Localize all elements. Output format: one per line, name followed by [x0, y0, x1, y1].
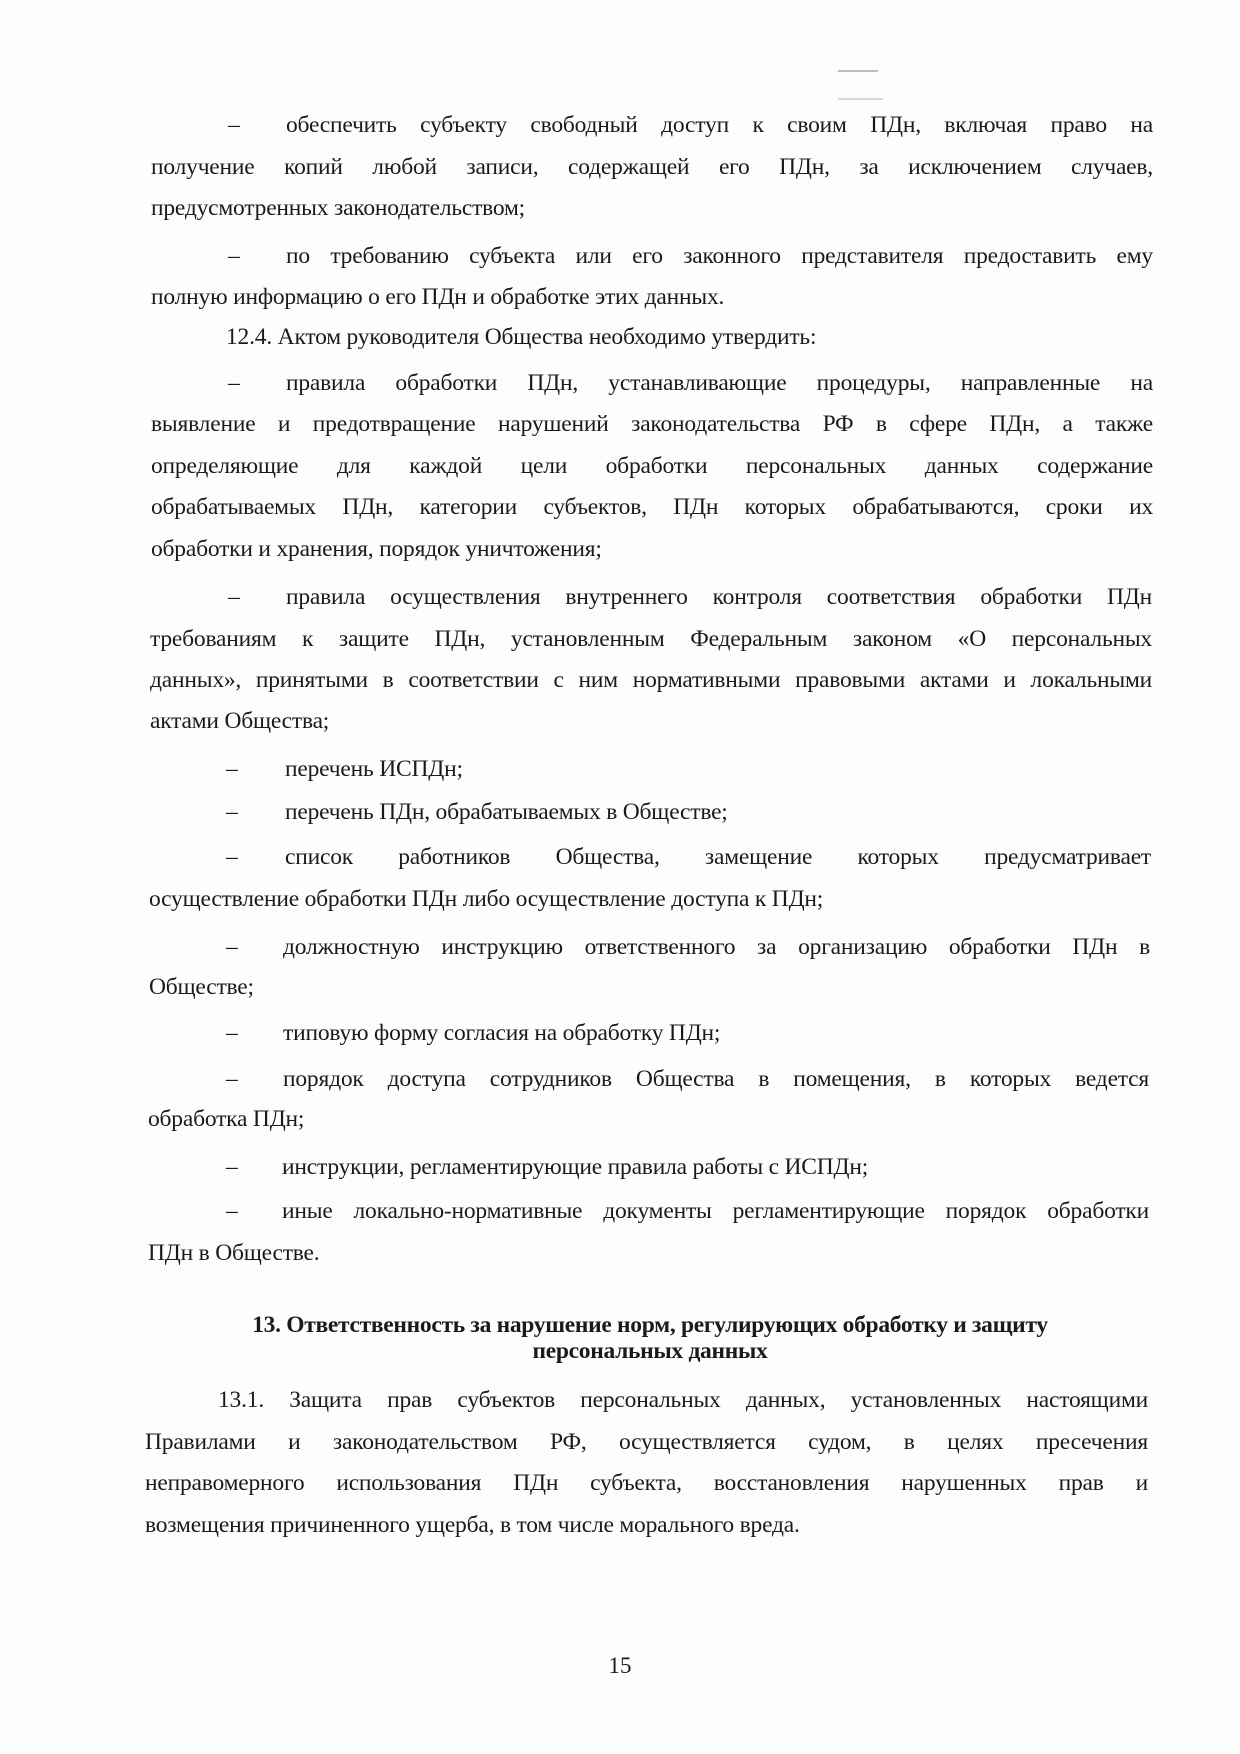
- bullet-dash: –: [228, 241, 240, 271]
- text-line: Обществе;: [149, 972, 254, 1002]
- scan-artifact: [838, 70, 878, 72]
- paragraph-13-1-line: неправомерного использования ПДн субъект…: [145, 1468, 1148, 1498]
- bullet-dash: –: [226, 1064, 238, 1094]
- text-line: обработка ПДн;: [148, 1104, 304, 1134]
- text-line: иные локально-нормативные документы регл…: [282, 1196, 1149, 1226]
- page-number: 15: [0, 1653, 1240, 1679]
- text-line: обеспечить субъекту свободный доступ к с…: [286, 110, 1153, 140]
- section-13-heading: 13. Ответственность за нарушение норм, р…: [150, 1312, 1150, 1338]
- section-13-heading-cont: персональных данных: [150, 1338, 1150, 1364]
- scan-artifact: [838, 98, 883, 100]
- text-line: список работников Общества, замещение ко…: [285, 842, 1151, 872]
- bullet-dash: –: [226, 1152, 238, 1182]
- text-line: предусмотренных законодательством;: [151, 193, 525, 223]
- text-line: порядок доступа сотрудников Общества в п…: [283, 1064, 1149, 1094]
- paragraph-13-1-line: возмещения причиненного ущерба, в том чи…: [145, 1510, 800, 1540]
- bullet-dash: –: [226, 842, 238, 872]
- text-line: получение копий любой записи, содержащей…: [151, 152, 1153, 182]
- text-line: должностную инструкцию ответственного за…: [283, 932, 1150, 962]
- text-line: инструкции, регламентирующие правила раб…: [282, 1152, 868, 1182]
- text-line: типовую форму согласия на обработку ПДн;: [283, 1018, 720, 1048]
- bullet-dash: –: [228, 582, 240, 612]
- bullet-dash: –: [228, 110, 240, 140]
- bullet-dash: –: [226, 797, 238, 827]
- text-line: перечень ПДн, обрабатываемых в Обществе;: [285, 797, 728, 827]
- bullet-dash: –: [228, 368, 240, 398]
- paragraph-13-1-line: Правилами и законодательством РФ, осущес…: [145, 1427, 1148, 1457]
- document-page: – обеспечить субъекту свободный доступ к…: [0, 0, 1240, 1754]
- text-line: осуществление обработки ПДн либо осущест…: [149, 884, 823, 914]
- bullet-dash: –: [226, 932, 238, 962]
- bullet-dash: –: [226, 1018, 238, 1048]
- bullet-dash: –: [226, 1196, 238, 1226]
- text-line: выявление и предотвращение нарушений зак…: [151, 409, 1153, 439]
- text-line: полную информацию о его ПДн и обработке …: [151, 282, 724, 312]
- text-line: определяющие для каждой цели обработки п…: [151, 451, 1153, 481]
- text-line: ПДн в Обществе.: [148, 1238, 319, 1268]
- paragraph-13-1-line: 13.1. Защита прав субъектов персональных…: [218, 1385, 1148, 1415]
- text-line: правила обработки ПДн, устанавливающие п…: [286, 368, 1153, 398]
- text-line: перечень ИСПДн;: [285, 754, 463, 784]
- text-line: обработки и хранения, порядок уничтожени…: [151, 534, 602, 564]
- text-line: обрабатываемых ПДн, категории субъектов,…: [151, 492, 1153, 522]
- text-line: требованиям к защите ПДн, установленным …: [150, 624, 1152, 654]
- text-line: правила осуществления внутреннего контро…: [286, 582, 1152, 612]
- text-line: данных», принятыми в соответствии с ним …: [150, 665, 1152, 695]
- text-line: по требованию субъекта или его законного…: [286, 241, 1153, 271]
- paragraph-12-4: 12.4. Актом руководителя Общества необхо…: [226, 322, 816, 352]
- text-line: актами Общества;: [150, 706, 329, 736]
- bullet-dash: –: [226, 754, 238, 784]
